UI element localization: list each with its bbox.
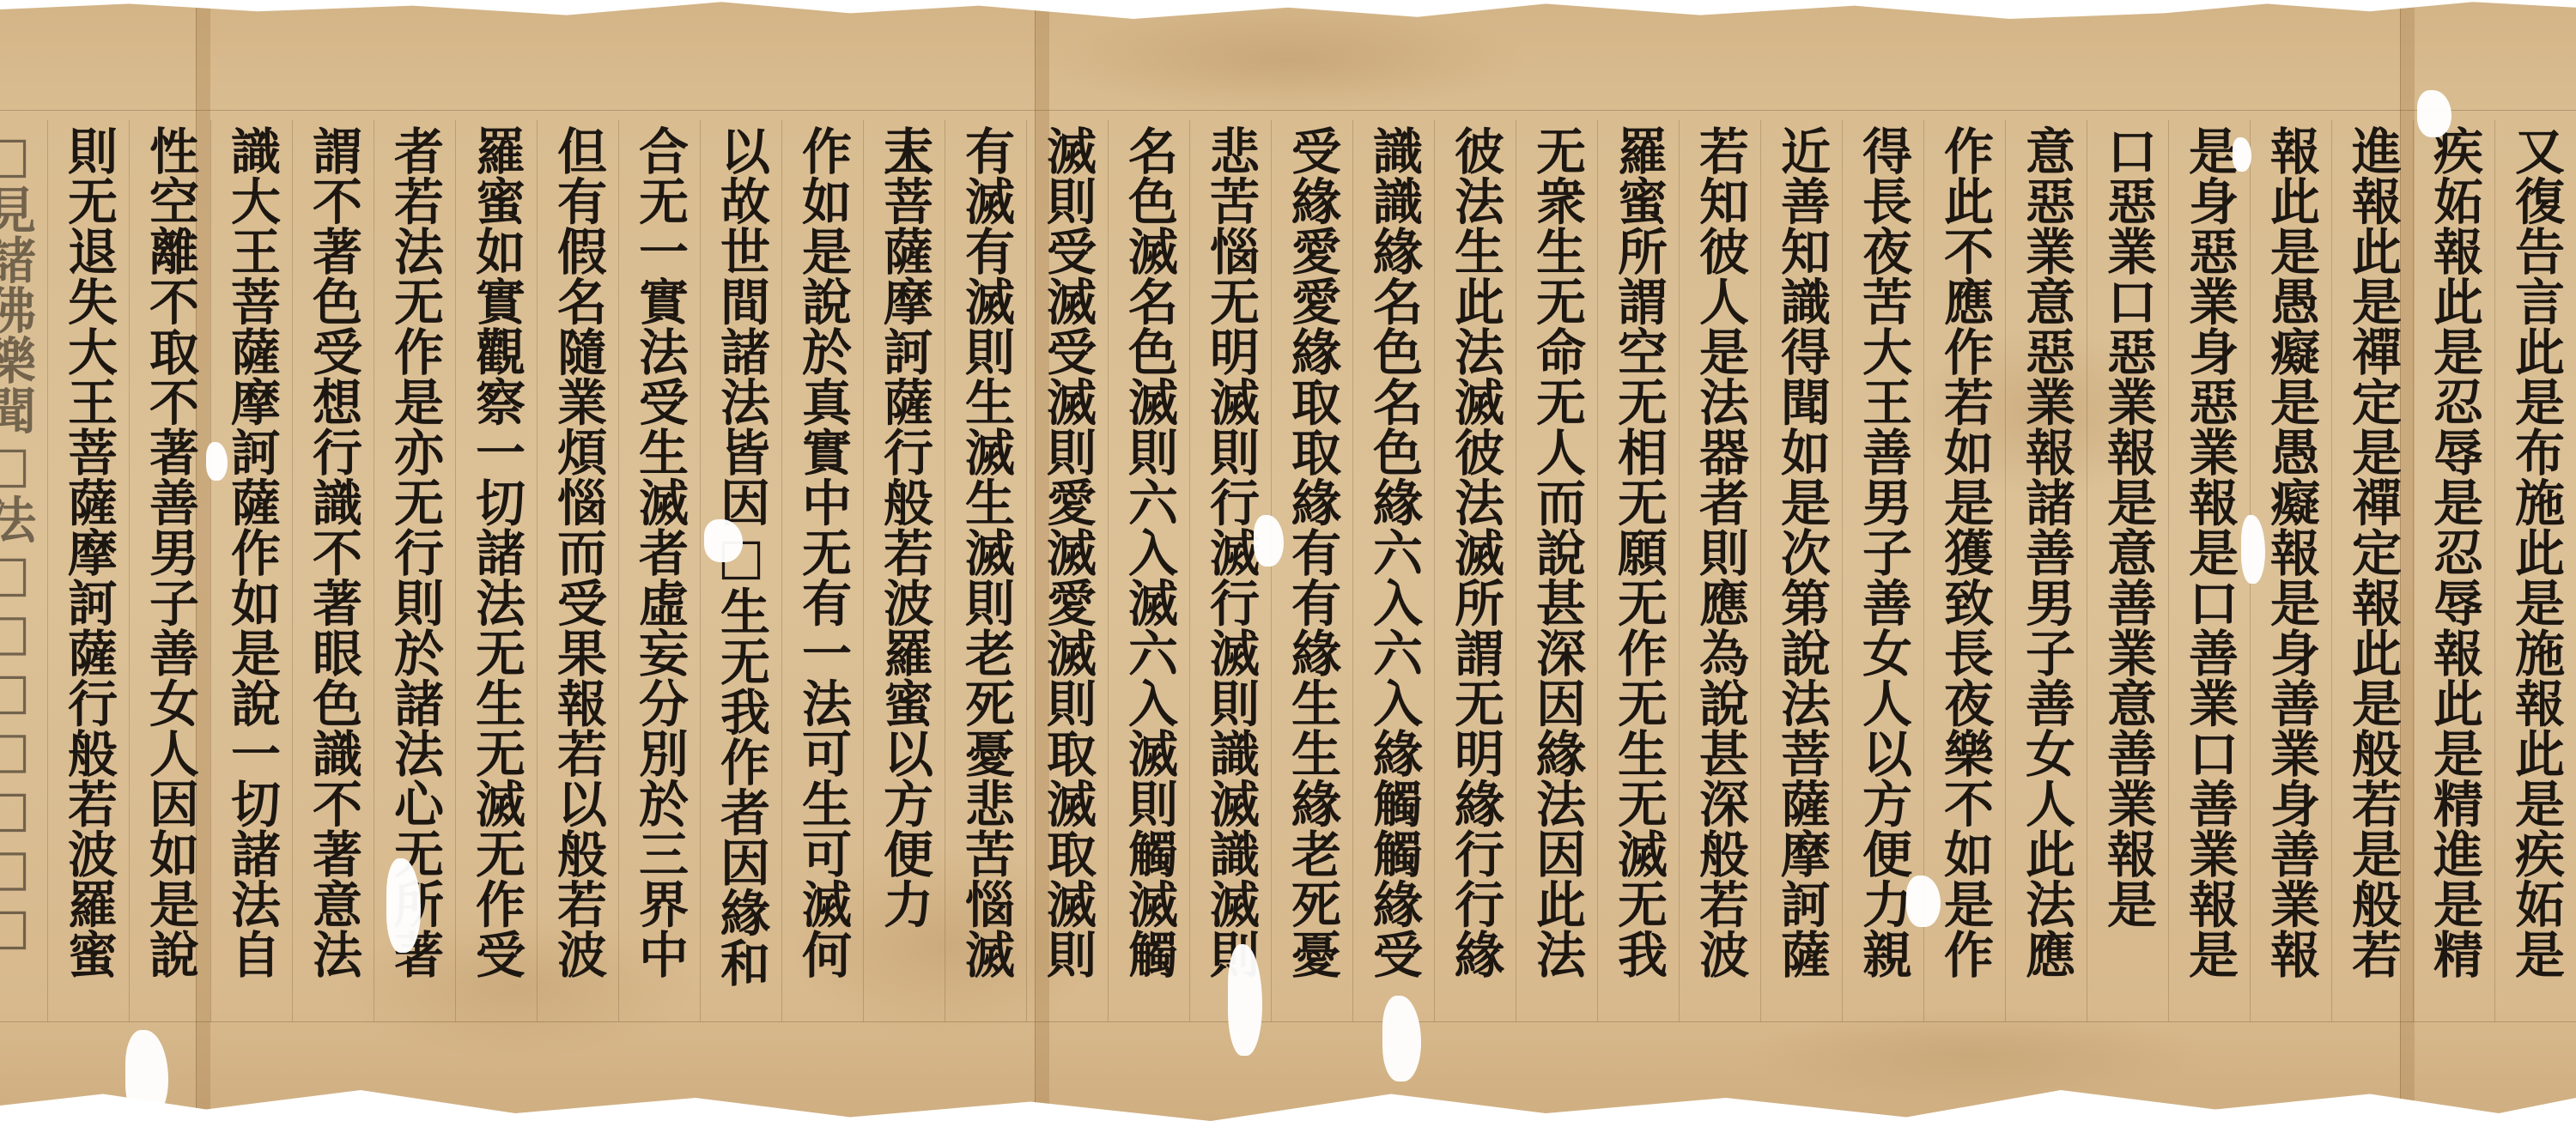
worm-hole: [206, 442, 228, 481]
text-column-31: 則无退失大王菩薩摩訶薩行般若波羅蜜: [47, 120, 129, 1021]
text-column-19: 滅則受滅受滅則愛滅愛滅則取滅取滅則: [1026, 120, 1108, 1021]
worm-hole: [704, 519, 743, 562]
text-column-22: 作如是說於真實中无有一法可生可滅何: [781, 120, 863, 1021]
text-column-3: 進報此是禪定是禪定報此是般若是般若: [2331, 120, 2413, 1021]
text-column-20: 有滅有滅則生滅生滅則老死憂悲苦惱滅大: [945, 120, 1026, 1021]
ruled-bottom-border: [0, 1021, 2576, 1022]
text-column-26: 羅蜜如實觀察一切諸法无生无滅无作受: [455, 120, 537, 1021]
text-column-32-partial: □見諸佛樂聞□法□□□□□□□: [0, 120, 47, 1021]
torn-top-edge: [0, 0, 2576, 19]
text-column-13: 无衆生无命无人而說甚深因緣法因此法: [1516, 120, 1597, 1021]
text-column-10: 近善知識得聞如是次第說法菩薩摩訶薩: [1760, 120, 1842, 1021]
text-column-18: 名色滅名色滅則六入滅六入滅則觸滅觸: [1108, 120, 1189, 1021]
text-column-16: 受緣愛愛緣取取緣有有緣生生緣老死憂: [1271, 120, 1352, 1021]
text-column-2: 疾妬報此是忍辱是忍辱報此是精進是精: [2413, 120, 2494, 1021]
text-column-29: 識大王菩薩摩訶薩作如是說一切諸法自: [210, 120, 292, 1021]
text-column-6: 口惡業口惡業報是意善業意善業報是: [2087, 120, 2168, 1021]
text-column-21: 王菩薩摩訶薩行般若波羅蜜以方便力: [863, 120, 945, 1021]
manuscript-scroll: 又復告言此是布施此是施報此是疾妬是 疾妬報此是忍辱是忍辱報此是精進是精 進報此是…: [0, 0, 2576, 1121]
text-column-5: 是身惡業身惡業報是口善業口善業報是: [2168, 120, 2250, 1021]
text-column-7: 意惡業意惡業報諸善男子善女人此法應: [2005, 120, 2087, 1021]
text-column-17: 悲苦惱无明滅則行滅行滅則識滅識滅則: [1189, 120, 1271, 1021]
text-column-25: 但有假名隨業煩惱而受果報若以般若波: [537, 120, 618, 1021]
torn-bottom-edge: [0, 1082, 2576, 1121]
worm-hole: [2233, 137, 2251, 172]
text-column-12: 羅蜜所謂空无相无願无作无生无滅无我: [1597, 120, 1679, 1021]
text-column-1: 又復告言此是布施此是施報此是疾妬是: [2494, 120, 2576, 1021]
text-column-24: 合无一實法受生滅者虛妄分別於三界中: [618, 120, 700, 1021]
text-column-30: 性空離不取不著善男子善女人因如是說: [129, 120, 210, 1021]
worm-hole: [2417, 90, 2451, 137]
ruled-top-border: [0, 110, 2576, 111]
text-column-15: 識識緣名色名色緣六入六入緣觸觸緣受: [1352, 120, 1434, 1021]
text-column-14: 彼法生此法滅彼法滅所謂无明緣行行緣: [1434, 120, 1516, 1021]
text-column-23: 以故世間諸法皆因□生无我作者因緣和: [700, 120, 781, 1021]
text-column-28: 謂不著色受想行識不著眼色識不著意法: [292, 120, 374, 1021]
text-column-11: 若知彼人是法器者則應為說甚深般若波: [1679, 120, 1760, 1021]
